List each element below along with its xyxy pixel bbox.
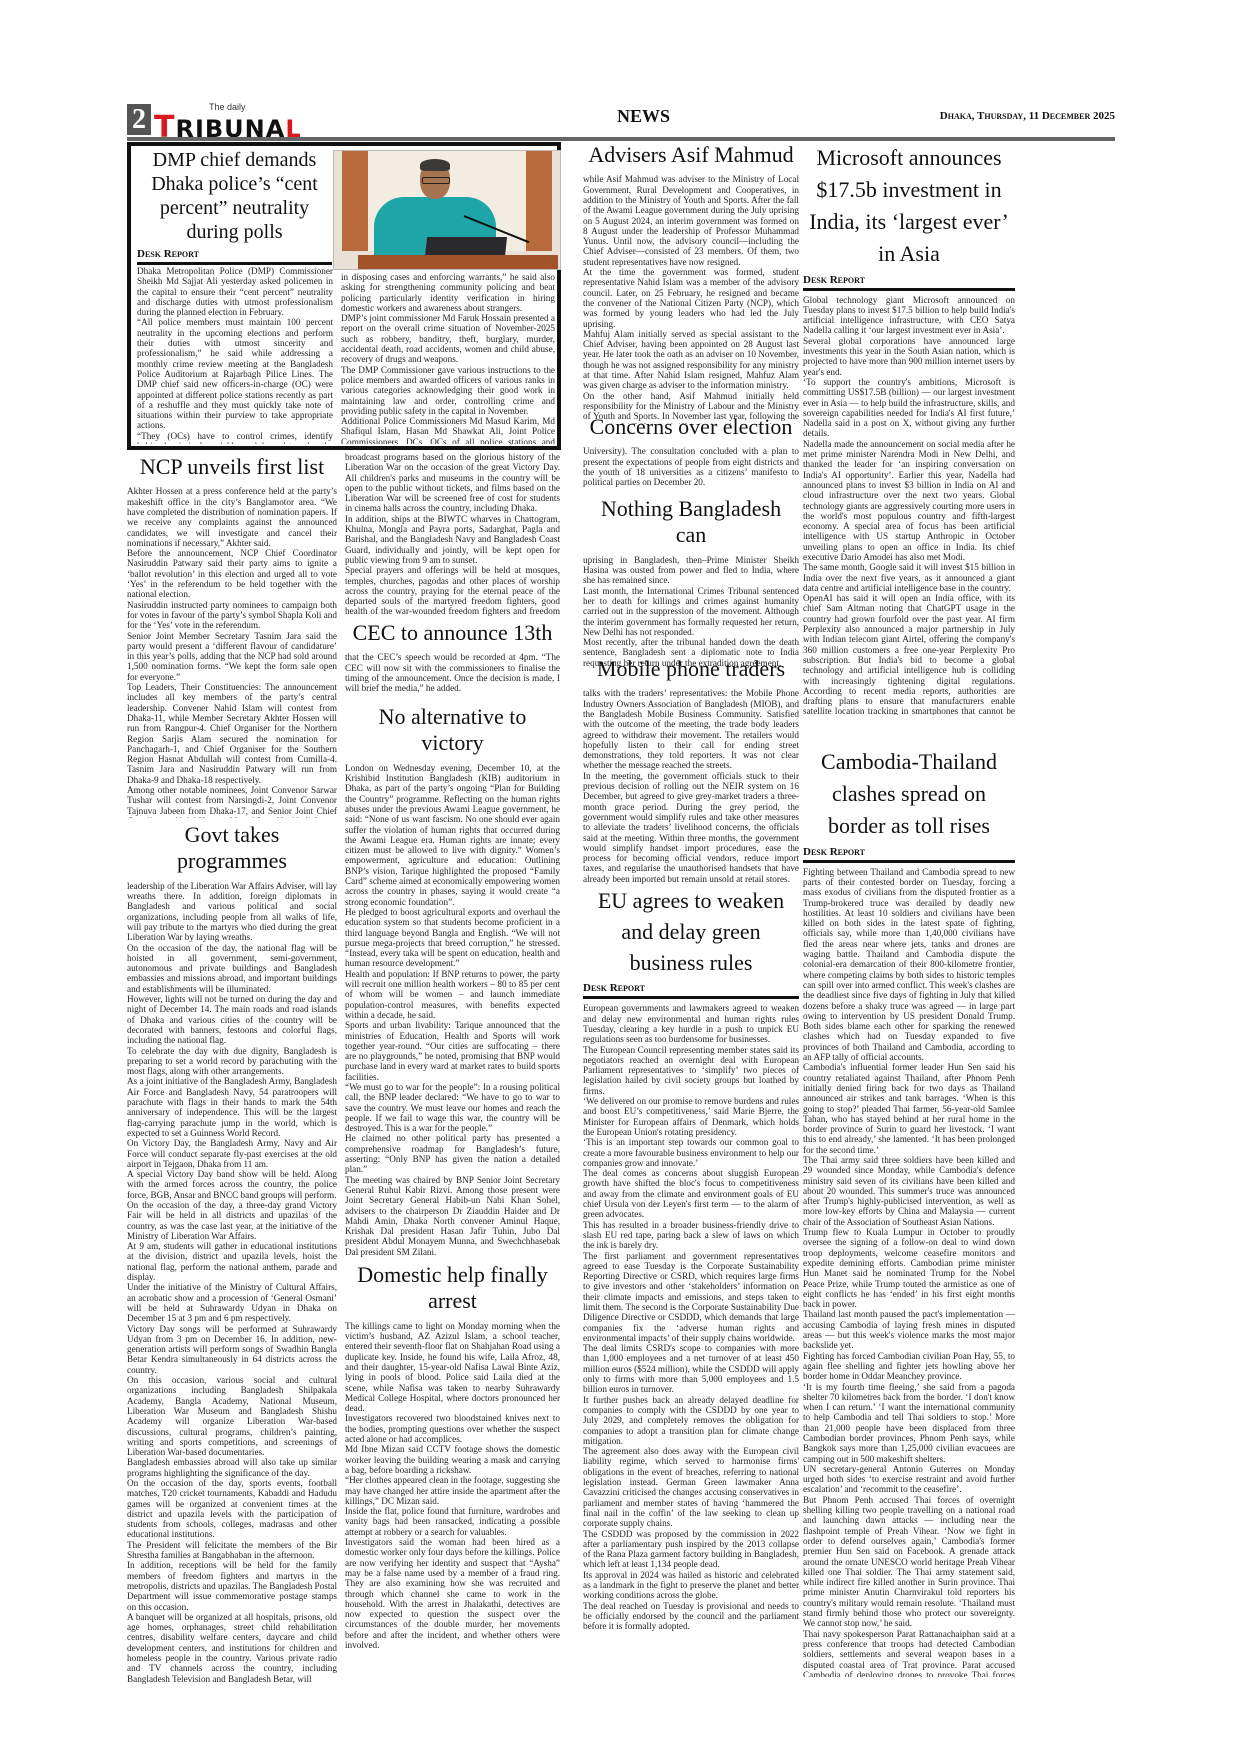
article-body: leadership of the Liberation War Affairs… bbox=[127, 881, 337, 1693]
article-body: talks with the traders’ representatives:… bbox=[583, 688, 799, 900]
headline: Mobile phone traders bbox=[583, 656, 799, 682]
article-body: that the CEC’s speech would be recorded … bbox=[345, 652, 560, 693]
article-cambodia: Cambodia-Thailand clashes spread on bord… bbox=[803, 746, 1015, 1677]
masthead: 2 The daily TRIBUNAL NEWS Dhaka, Thursda… bbox=[127, 96, 1115, 136]
headline: Domestic help finally arrest bbox=[345, 1262, 560, 1315]
headline: Concerns over election bbox=[583, 414, 799, 440]
article-victory: No alternative to victory London on Wedn… bbox=[345, 704, 560, 1303]
headline: Microsoft announces $17.5b investment in… bbox=[803, 142, 1015, 270]
article-asif: Advisers Asif Mahmud while Asif Mahmud w… bbox=[583, 142, 799, 424]
article-photo bbox=[333, 150, 561, 270]
page-number: 2 bbox=[127, 104, 151, 135]
headline: CEC to announce 13th bbox=[345, 620, 560, 646]
headline: No alternative to victory bbox=[345, 704, 560, 757]
article-body: Fighting between Thailand and Cambodia s… bbox=[803, 867, 1015, 1677]
article-ncp: NCP unveils first list Akhter Hossen at … bbox=[127, 454, 337, 818]
article-body: The killings came to light on Monday mor… bbox=[345, 1321, 560, 1683]
article-body-col2: in disposing cases and enforcing warrant… bbox=[341, 272, 555, 444]
article-body: University). The consultation concluded … bbox=[583, 446, 799, 487]
article-body: while Asif Mahmud was adviser to the Min… bbox=[583, 174, 799, 424]
article-eu: EU agrees to weaken and delay green busi… bbox=[583, 886, 799, 1673]
article-body: European governments and lawmakers agree… bbox=[583, 1003, 799, 1673]
byline: Desk Report bbox=[583, 982, 799, 999]
article-body: Akhter Hossen at a press conference held… bbox=[127, 486, 337, 818]
article-govt: Govt takes programmes leadership of the … bbox=[127, 822, 337, 1693]
article-body-col1: Dhaka Metropolitan Police (DMP) Commissi… bbox=[137, 266, 333, 444]
article-cec: CEC to announce 13th that the CEC’s spee… bbox=[345, 620, 560, 694]
article-dmp: DMP chief demands Dhaka police’s “cent p… bbox=[137, 148, 332, 269]
headline: Advisers Asif Mahmud bbox=[583, 142, 799, 168]
article-body: Global technology giant Microsoft announ… bbox=[803, 295, 1015, 715]
byline: Desk Report bbox=[137, 248, 332, 265]
headline: Cambodia-Thailand clashes spread on bord… bbox=[803, 746, 1015, 842]
article-domestic: Domestic help finally arrest The killing… bbox=[345, 1262, 560, 1683]
headline: EU agrees to weaken and delay green busi… bbox=[583, 886, 799, 978]
article-mobile: Mobile phone traders talks with the trad… bbox=[583, 656, 799, 900]
headline: DMP chief demands Dhaka police’s “cent p… bbox=[137, 148, 332, 244]
article-microsoft: Microsoft announces $17.5b investment in… bbox=[803, 142, 1015, 715]
headline: Nothing Bangladesh can bbox=[583, 496, 799, 549]
article-concerns: Concerns over election University). The … bbox=[583, 414, 799, 488]
headline: Govt takes programmes bbox=[127, 822, 337, 875]
byline: Desk Report bbox=[803, 846, 1015, 863]
section-title: NEWS bbox=[617, 106, 670, 127]
article-body: London on Wednesday evening, December 10… bbox=[345, 763, 560, 1303]
headline: NCP unveils first list bbox=[127, 454, 337, 480]
header-rule bbox=[127, 137, 1115, 141]
newspaper-page: 2 The daily TRIBUNAL NEWS Dhaka, Thursda… bbox=[127, 96, 1115, 1666]
dateline: Dhaka, Thursday, 11 December 2025 bbox=[940, 110, 1115, 122]
article-govt-continued: broadcast programs based on the glorious… bbox=[345, 452, 560, 618]
byline: Desk Report bbox=[803, 274, 1015, 291]
featured-article-box: DMP chief demands Dhaka police’s “cent p… bbox=[127, 142, 561, 450]
